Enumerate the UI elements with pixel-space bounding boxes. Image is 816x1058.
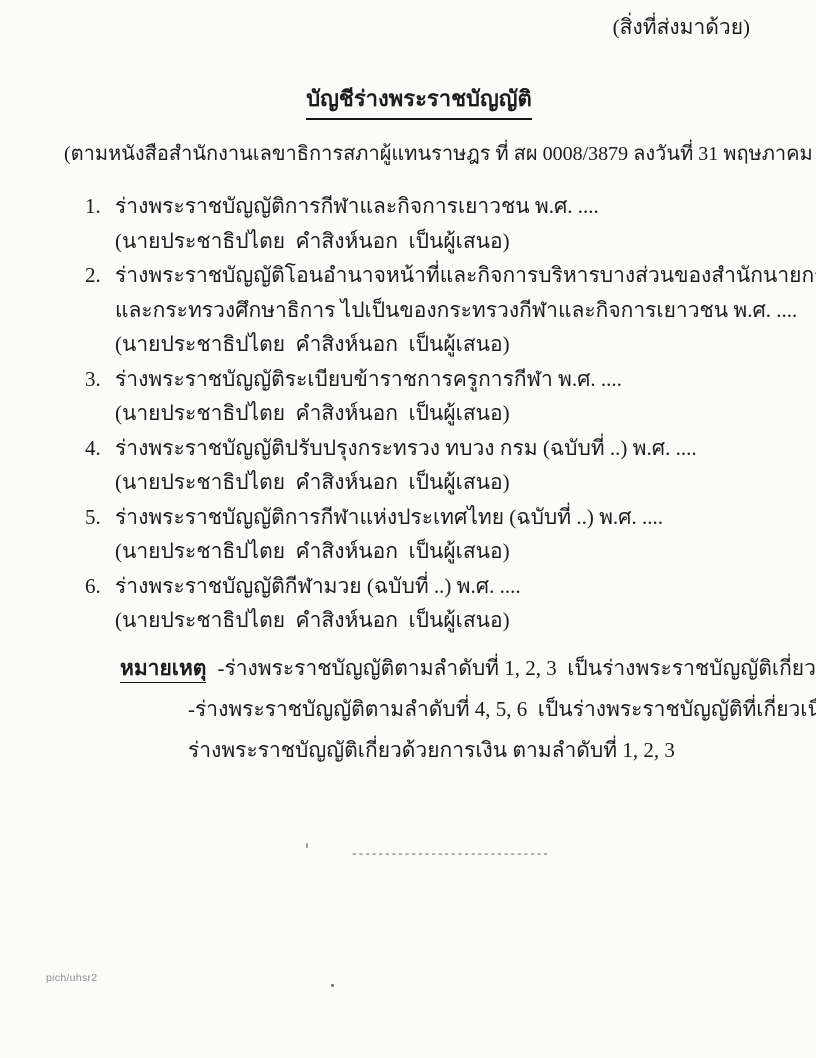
document-title-text: บัญชีร่างพระราชบัญญัติ — [306, 81, 532, 120]
dashed-divider: ------------------------------ — [351, 849, 549, 861]
note-row-3: ร่างพระราชบัญญัติเกี่ยวด้วยการเงิน ตามลำ… — [120, 730, 780, 771]
bill-item-5: 5. ร่างพระราชบัญญัติการกีฬาแห่งประเทศไทย… — [85, 500, 785, 569]
bill-number: 3. — [85, 362, 101, 397]
note-row-2: - ร่างพระราชบัญญัติตามลำดับที่ 4, 5, 6 เ… — [120, 689, 780, 730]
bill-item-6: 6. ร่างพระราชบัญญัติกีฬามวย (ฉบับที่ ..)… — [85, 569, 785, 638]
note-text: ร่างพระราชบัญญัติเกี่ยวด้วยการเงิน ตามลำ… — [188, 730, 675, 771]
scan-artifact — [306, 843, 308, 848]
bill-proposer: (นายประชาธิปไตย คำสิงห์นอก เป็นผู้เสนอ) — [115, 327, 785, 362]
bill-item-2: 2. ร่างพระราชบัญญัติโอนอำนาจหน้าที่และกิ… — [85, 258, 785, 362]
document-title: บัญชีร่างพระราชบัญญัติ — [0, 81, 816, 120]
scan-artifact — [331, 984, 334, 987]
note-row-1: หมายเหตุ - ร่างพระราชบัญญัติตามลำดับที่ … — [120, 648, 780, 689]
bill-number: 1. — [85, 189, 101, 224]
bill-title-line: ร่างพระราชบัญญัติการกีฬาแห่งประเทศไทย (ฉ… — [115, 500, 785, 535]
bill-proposer: (นายประชาธิปไตย คำสิงห์นอก เป็นผู้เสนอ) — [115, 465, 785, 500]
bill-number: 5. — [85, 500, 101, 535]
bill-item-1: 1. ร่างพระราชบัญญัติการกีฬาและกิจการเยาว… — [85, 189, 785, 258]
bill-proposer: (นายประชาธิปไตย คำสิงห์นอก เป็นผู้เสนอ) — [115, 534, 785, 569]
bill-number: 6. — [85, 569, 101, 604]
reference-line: (ตามหนังสือสำนักงานเลขาธิการสภาผู้แทนราษ… — [64, 137, 816, 169]
note-block: หมายเหตุ - ร่างพระราชบัญญัติตามลำดับที่ … — [120, 648, 780, 771]
bill-title-line: และกระทรวงศึกษาธิการ ไปเป็นของกระทรวงกีฬ… — [115, 293, 785, 328]
scanned-document-page: (สิ่งที่ส่งมาด้วย) บัญชีร่างพระราชบัญญัต… — [0, 0, 816, 1058]
bill-item-3: 3. ร่างพระราชบัญญัติระเบียบข้าราชการครูก… — [85, 362, 785, 431]
bill-item-4: 4. ร่างพระราชบัญญัติปรับปรุงกระทรวง ทบวง… — [85, 431, 785, 500]
bill-title-line: ร่างพระราชบัญญัติโอนอำนาจหน้าที่และกิจกา… — [115, 258, 785, 293]
bill-title-line: ร่างพระราชบัญญัติปรับปรุงกระทรวง ทบวง กร… — [115, 431, 785, 466]
bill-list: 1. ร่างพระราชบัญญัติการกีฬาและกิจการเยาว… — [85, 189, 785, 638]
note-dash: - — [188, 689, 195, 730]
bill-proposer: (นายประชาธิปไตย คำสิงห์นอก เป็นผู้เสนอ) — [115, 224, 785, 259]
bill-number: 2. — [85, 258, 101, 293]
note-label: หมายเหตุ — [120, 655, 206, 683]
note-text: ร่างพระราชบัญญัติตามลำดับที่ 1, 2, 3 เป็… — [224, 648, 816, 689]
bill-title-line: ร่างพระราชบัญญัติการกีฬาและกิจการเยาวชน … — [115, 189, 785, 224]
bill-proposer: (นายประชาธิปไตย คำสิงห์นอก เป็นผู้เสนอ) — [115, 396, 785, 431]
bill-title-line: ร่างพระราชบัญญัติระเบียบข้าราชการครูการก… — [115, 362, 785, 397]
bill-number: 4. — [85, 431, 101, 466]
bill-proposer: (นายประชาธิปไตย คำสิงห์นอก เป็นผู้เสนอ) — [115, 603, 785, 638]
footer-reference-code: pich/uhsr2 — [46, 972, 97, 984]
attachment-note: (สิ่งที่ส่งมาด้วย) — [613, 11, 750, 44]
bill-title-line: ร่างพระราชบัญญัติกีฬามวย (ฉบับที่ ..) พ.… — [115, 569, 785, 604]
note-text: ร่างพระราชบัญญัติตามลำดับที่ 4, 5, 6 เป็… — [195, 689, 816, 730]
note-dash: - — [217, 648, 224, 689]
